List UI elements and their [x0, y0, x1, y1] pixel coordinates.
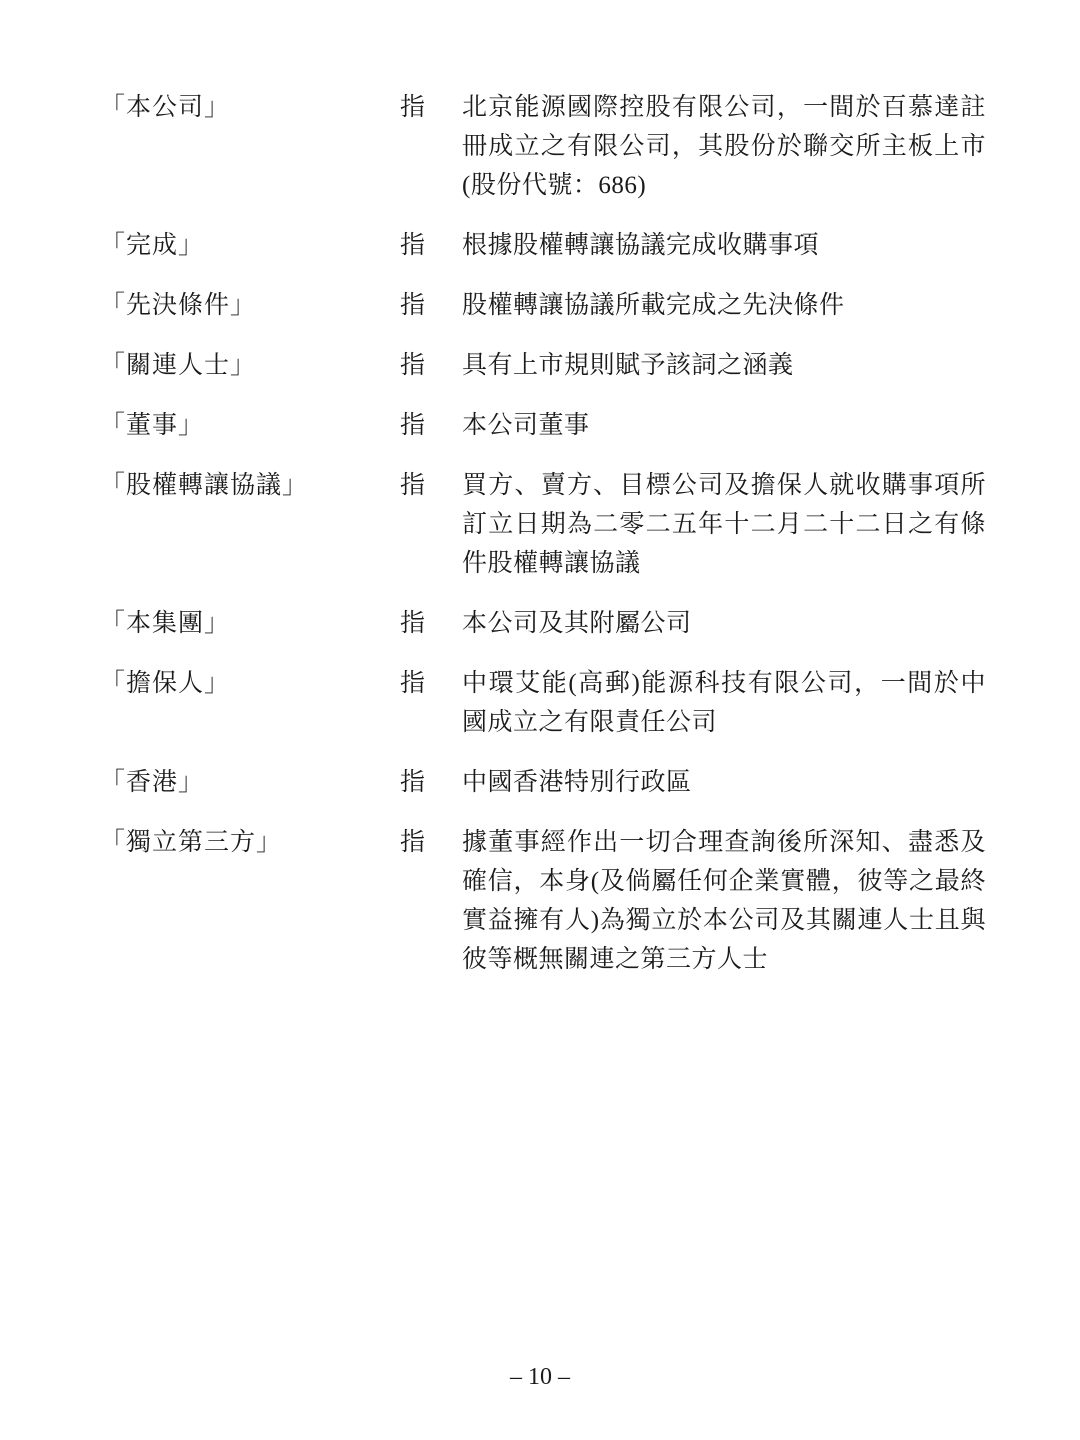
definition-row: 「本集團」 指 本公司及其附屬公司	[100, 604, 986, 643]
definition-text: 本公司及其附屬公司	[462, 604, 986, 643]
definition-row: 「董事」 指 本公司董事	[100, 406, 986, 445]
definition-row: 「擔保人」 指 中環艾能(高郵)能源科技有限公司，一間於中國成立之有限責任公司	[100, 664, 986, 742]
definition-text: 本公司董事	[462, 406, 986, 445]
definition-row: 「香港」 指 中國香港特別行政區	[100, 763, 986, 802]
connector-label: 指	[400, 406, 462, 445]
page-number: – 10 –	[0, 1362, 1080, 1392]
connector-label: 指	[400, 346, 462, 385]
definition-row: 「先決條件」 指 股權轉讓協議所載完成之先決條件	[100, 286, 986, 325]
definition-row: 「本公司」 指 北京能源國際控股有限公司，一間於百慕達註冊成立之有限公司，其股份…	[100, 88, 986, 205]
term-label: 「先決條件」	[100, 286, 400, 325]
definition-text: 北京能源國際控股有限公司，一間於百慕達註冊成立之有限公司，其股份於聯交所主板上市…	[462, 88, 986, 205]
document-page: 「本公司」 指 北京能源國際控股有限公司，一間於百慕達註冊成立之有限公司，其股份…	[0, 0, 1080, 1440]
term-label: 「香港」	[100, 763, 400, 802]
connector-label: 指	[400, 88, 462, 127]
definition-row: 「獨立第三方」 指 據董事經作出一切合理查詢後所深知、盡悉及確信，本身(及倘屬任…	[100, 823, 986, 979]
definitions-list: 「本公司」 指 北京能源國際控股有限公司，一間於百慕達註冊成立之有限公司，其股份…	[100, 88, 986, 1000]
term-label: 「本集團」	[100, 604, 400, 643]
definition-text: 根據股權轉讓協議完成收購事項	[462, 226, 986, 265]
definition-text: 具有上市規則賦予該詞之涵義	[462, 346, 986, 385]
term-label: 「關連人士」	[100, 346, 400, 385]
term-label: 「完成」	[100, 226, 400, 265]
connector-label: 指	[400, 604, 462, 643]
definition-row: 「股權轉讓協議」 指 買方、賣方、目標公司及擔保人就收購事項所訂立日期為二零二五…	[100, 466, 986, 583]
term-label: 「擔保人」	[100, 664, 400, 703]
definition-text: 買方、賣方、目標公司及擔保人就收購事項所訂立日期為二零二五年十二月二十二日之有條…	[462, 466, 986, 583]
definition-row: 「關連人士」 指 具有上市規則賦予該詞之涵義	[100, 346, 986, 385]
connector-label: 指	[400, 466, 462, 505]
term-label: 「董事」	[100, 406, 400, 445]
connector-label: 指	[400, 664, 462, 703]
connector-label: 指	[400, 226, 462, 265]
term-label: 「本公司」	[100, 88, 400, 127]
term-label: 「獨立第三方」	[100, 823, 400, 862]
term-label: 「股權轉讓協議」	[100, 466, 400, 505]
connector-label: 指	[400, 763, 462, 802]
definition-row: 「完成」 指 根據股權轉讓協議完成收購事項	[100, 226, 986, 265]
definition-text: 股權轉讓協議所載完成之先決條件	[462, 286, 986, 325]
definition-text: 中環艾能(高郵)能源科技有限公司，一間於中國成立之有限責任公司	[462, 664, 986, 742]
connector-label: 指	[400, 823, 462, 862]
definition-text: 據董事經作出一切合理查詢後所深知、盡悉及確信，本身(及倘屬任何企業實體，彼等之最…	[462, 823, 986, 979]
connector-label: 指	[400, 286, 462, 325]
definition-text: 中國香港特別行政區	[462, 763, 986, 802]
